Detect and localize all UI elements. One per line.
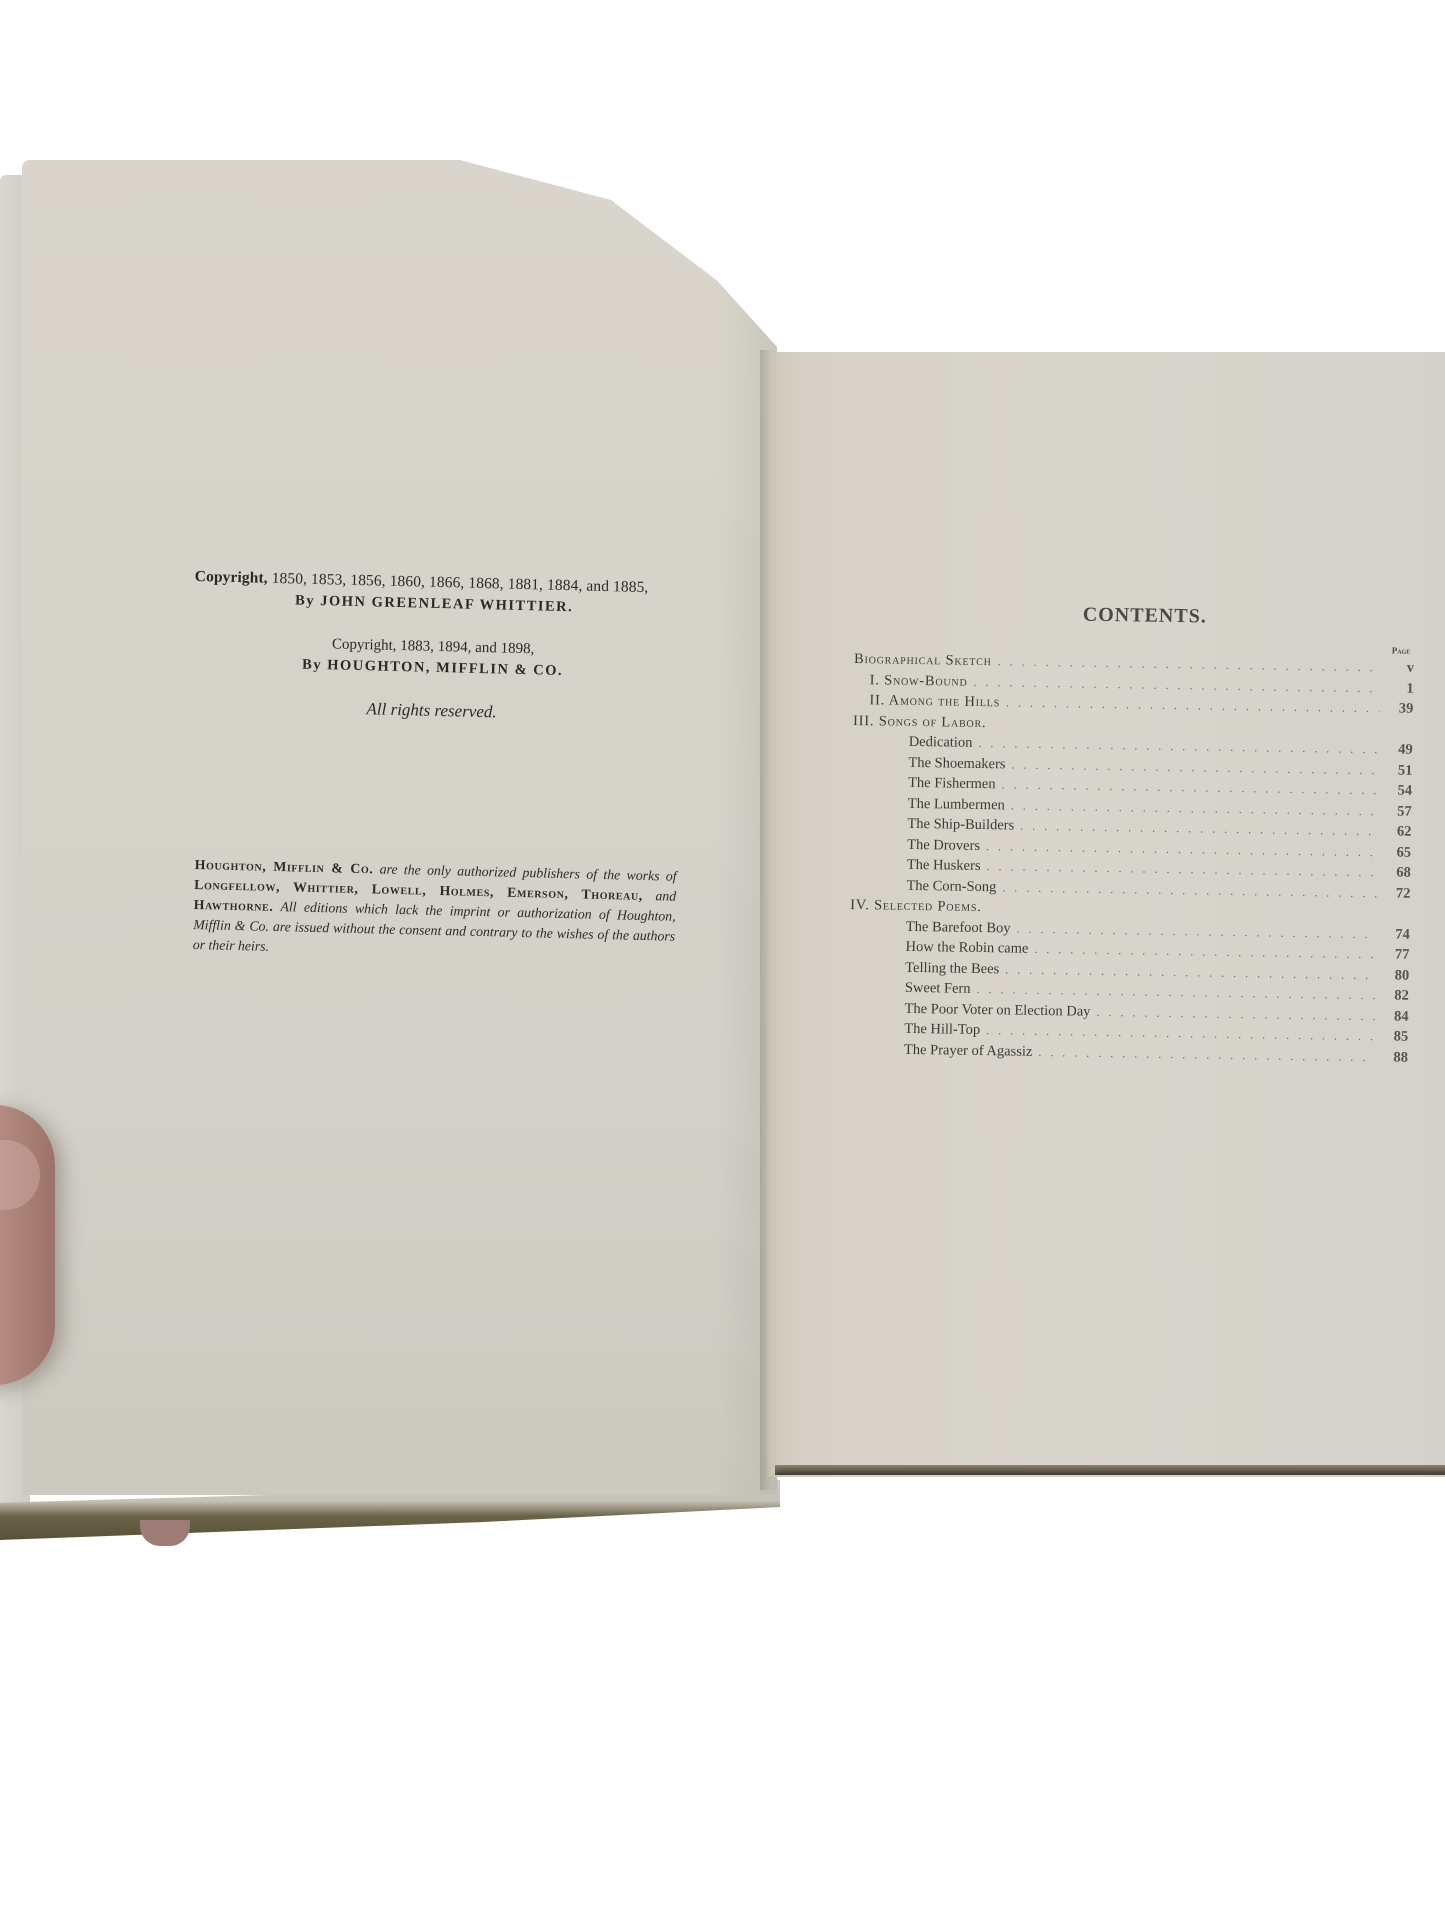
toc-entry-page: 1 xyxy=(1386,678,1414,699)
notice-last-author: Hawthorne. xyxy=(194,897,274,914)
toc-entry-page: 72 xyxy=(1382,883,1410,904)
toc-entry-label: The Fishermen xyxy=(908,773,996,795)
toc-entries: Biographical Sketch.....................… xyxy=(848,649,1414,1068)
toc-entry-page: 82 xyxy=(1381,985,1409,1006)
toc-entry-label: II. Among the Hills xyxy=(869,690,1000,713)
notice-and: and xyxy=(643,888,677,904)
right-page-bottom-edge xyxy=(775,1465,1445,1475)
toc-entry-page: 77 xyxy=(1381,944,1409,965)
toc-entry-page: 85 xyxy=(1380,1026,1408,1047)
finger-under-book xyxy=(140,1520,190,1546)
toc-entry-page: 88 xyxy=(1380,1047,1408,1068)
left-page xyxy=(22,160,777,1495)
photo-scene: Copyright, 1850, 1853, 1856, 1860, 1866,… xyxy=(0,0,1445,1927)
toc-entry-label: The Huskers xyxy=(907,855,981,877)
toc-entry-page: 51 xyxy=(1384,760,1412,781)
table-of-contents: CONTENTS. Page Biographical Sketch......… xyxy=(848,600,1415,1068)
copyright-prefix: Copyright, xyxy=(195,568,268,587)
toc-entry-page: 84 xyxy=(1380,1006,1408,1027)
toc-entry-label: The Corn-Song xyxy=(906,875,996,897)
publisher-notice: Houghton, Mifflin & Co. are the only aut… xyxy=(193,855,677,967)
toc-entry-label: How the Robin came xyxy=(905,937,1028,959)
toc-entry-page: 62 xyxy=(1383,821,1411,842)
toc-entry-label: The Ship-Builders xyxy=(907,814,1014,836)
toc-entry-label: The Poor Voter on Election Day xyxy=(904,998,1090,1021)
toc-entry-label: Biographical Sketch xyxy=(854,649,992,672)
toc-entry-label: I. Snow-Bound xyxy=(870,670,968,692)
toc-entry-page: 80 xyxy=(1381,965,1409,986)
toc-entry-label: The Shoemakers xyxy=(908,752,1005,774)
notice-publisher: Houghton, Mifflin & Co. xyxy=(195,857,374,876)
toc-entry-label: IV. Selected Poems. xyxy=(850,895,982,918)
toc-entry-label: The Lumbermen xyxy=(908,793,1005,815)
toc-entry-page: 65 xyxy=(1383,842,1411,863)
toc-entry-page: 54 xyxy=(1384,780,1412,801)
toc-entry-page: 68 xyxy=(1383,862,1411,883)
toc-entry-label: The Drovers xyxy=(907,834,980,856)
toc-entry-label: The Barefoot Boy xyxy=(906,916,1011,938)
toc-entry-page: 74 xyxy=(1382,924,1410,945)
toc-entry-label: The Hill-Top xyxy=(904,1019,980,1041)
book-gutter xyxy=(760,350,782,1490)
toc-entry-label: Sweet Fern xyxy=(905,978,971,1000)
toc-entry-page: 39 xyxy=(1385,698,1413,719)
copyright-block: Copyright, 1850, 1853, 1856, 1860, 1866,… xyxy=(191,568,674,727)
toc-entry-label: The Prayer of Agassiz xyxy=(904,1039,1033,1062)
toc-entry-page: 49 xyxy=(1385,739,1413,760)
toc-entry-label: Telling the Bees xyxy=(905,957,999,979)
toc-entry-page: v xyxy=(1386,657,1414,678)
toc-entry-label: Dedication xyxy=(909,732,973,753)
toc-entry-label: III. Songs of Labor. xyxy=(853,710,987,733)
notice-text-1: are the only authorized publishers of th… xyxy=(373,861,677,883)
toc-entry-page: 57 xyxy=(1384,801,1412,822)
